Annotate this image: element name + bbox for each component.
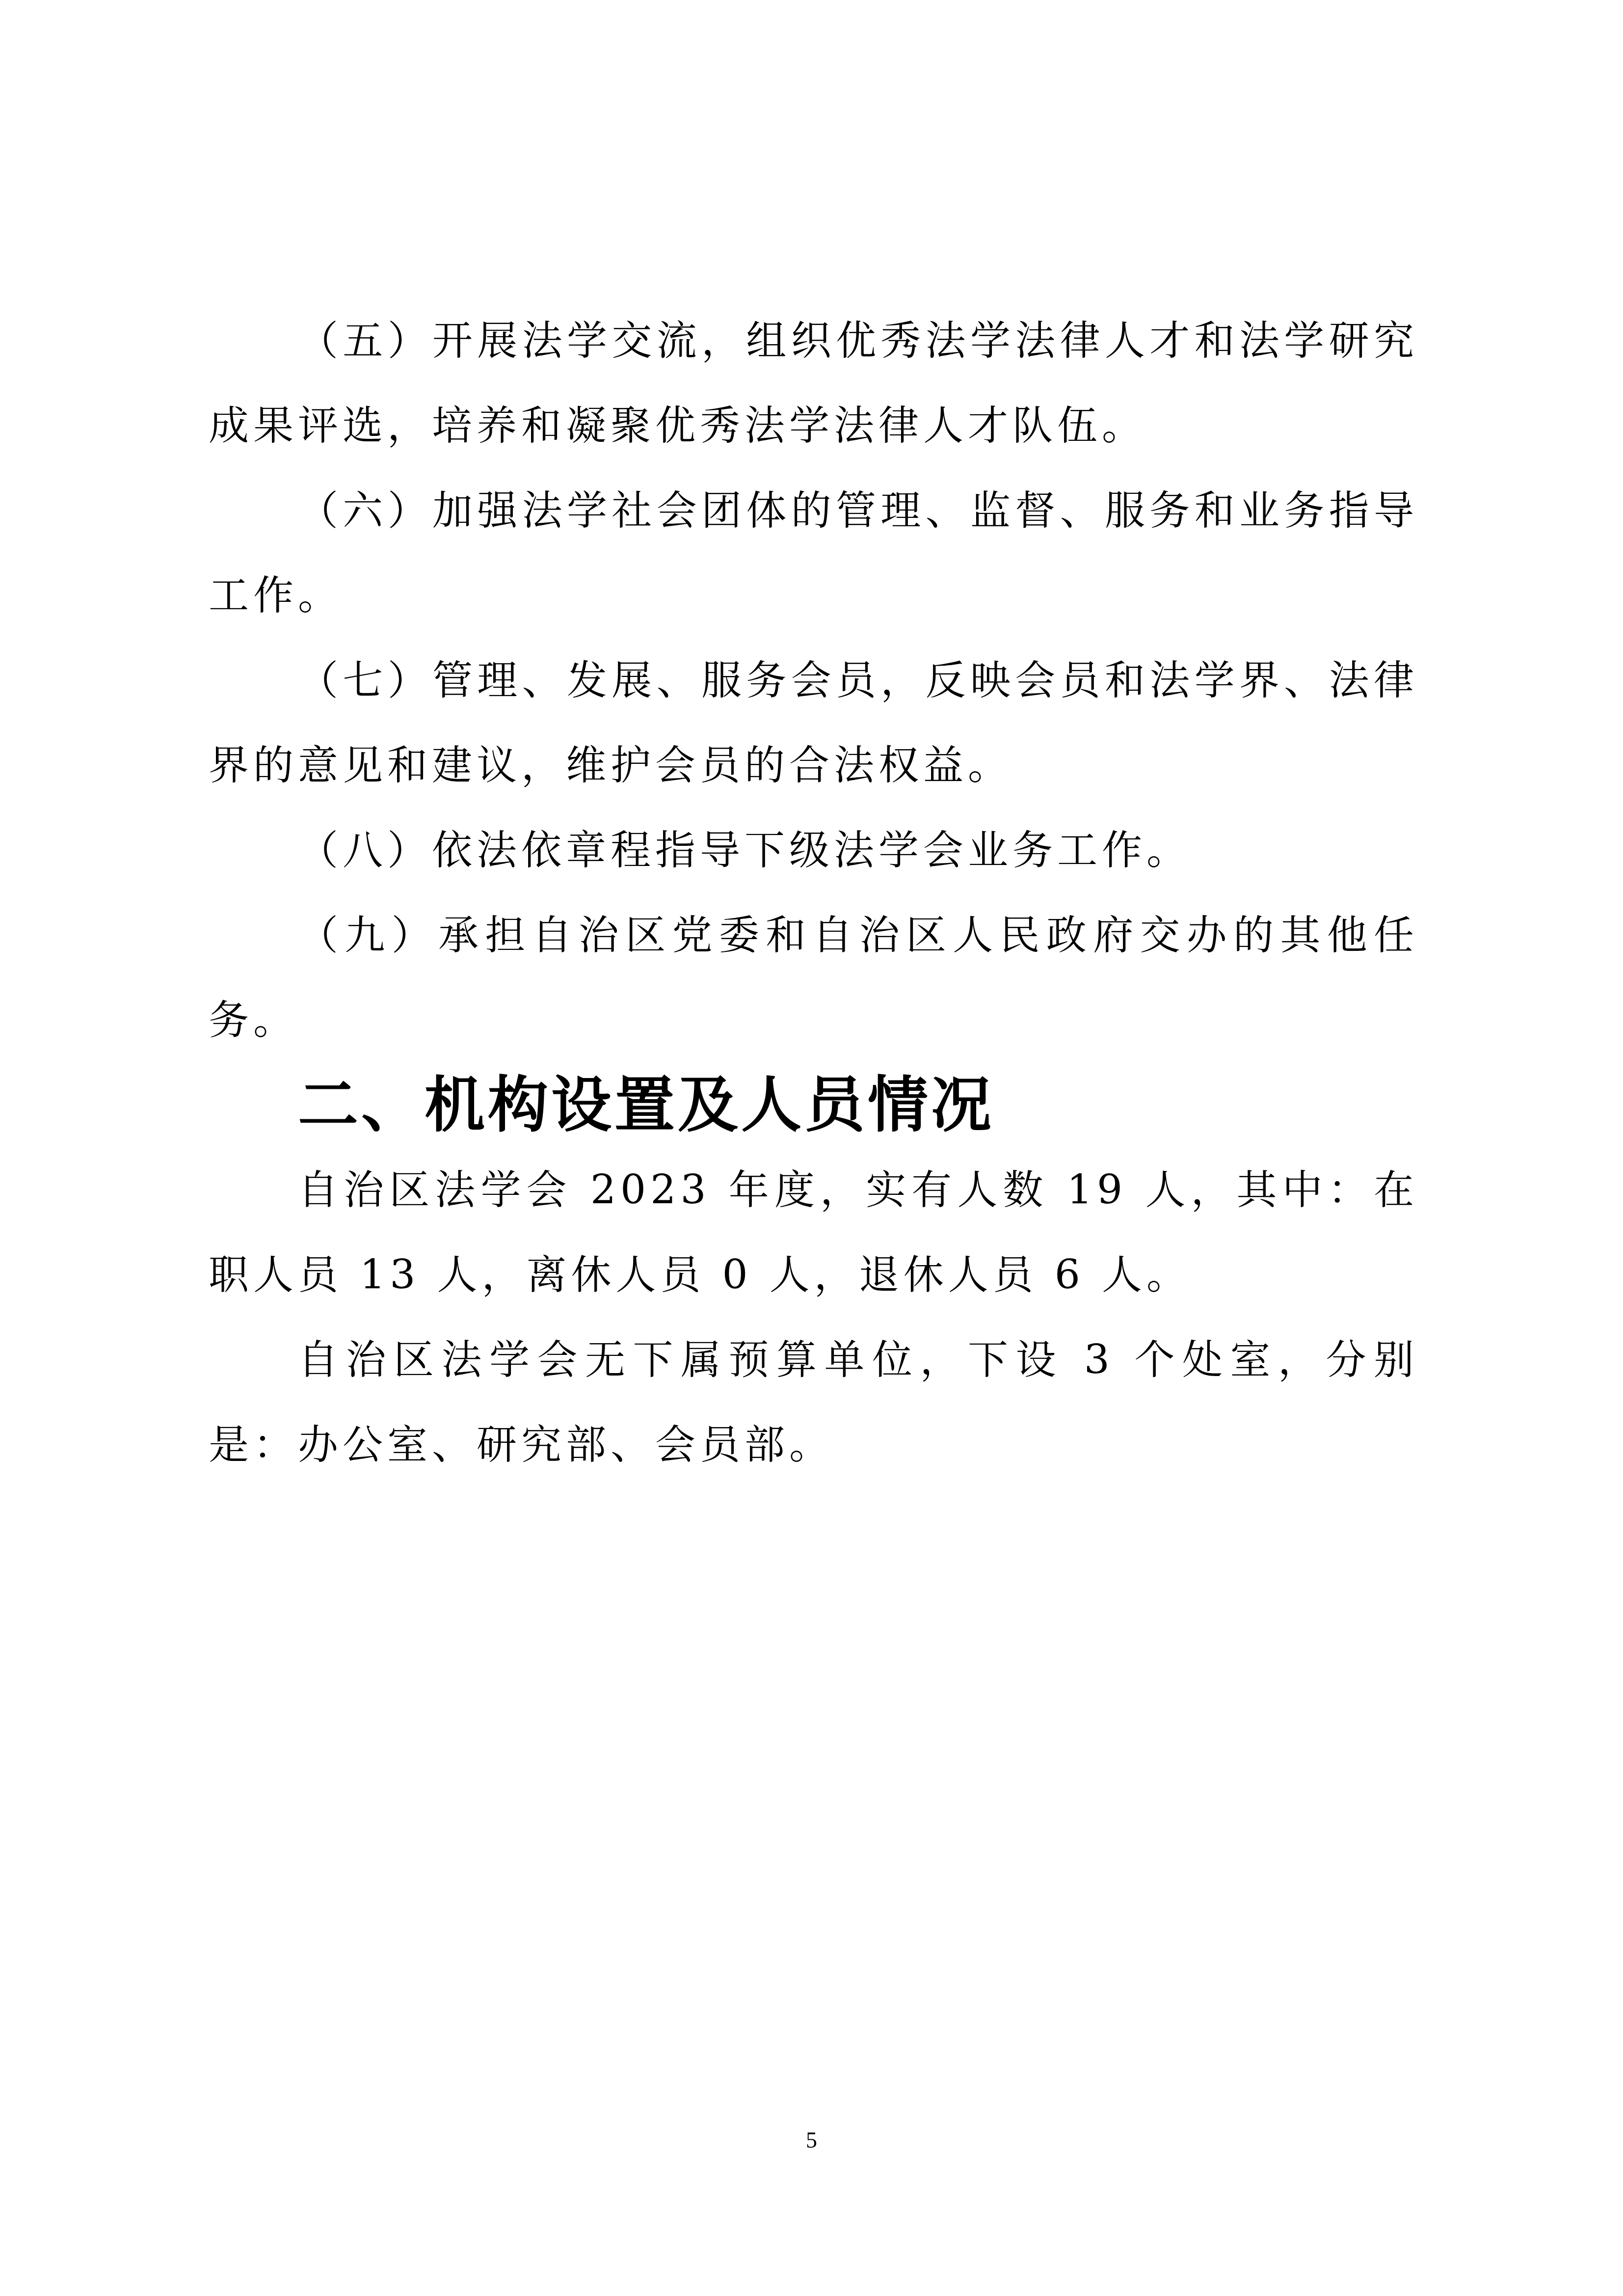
document-page: （五）开展法学交流，组织优秀法学法律人才和法学研究成果评选，培养和凝聚优秀法学法… (0, 0, 1623, 2296)
paragraph-departments: 自治区法学会无下属预算单位，下设 3 个处室，分别是：办公室、研究部、会员部。 (209, 1318, 1418, 1487)
paragraph-item-5: （五）开展法学交流，组织优秀法学法律人才和法学研究成果评选，培养和凝聚优秀法学法… (209, 298, 1418, 468)
paragraph-staffing: 自治区法学会 2023 年度，实有人数 19 人，其中：在职人员 13 人，离休… (209, 1148, 1418, 1318)
section-heading: 二、机构设置及人员情况 (209, 1063, 1418, 1148)
page-body: （五）开展法学交流，组织优秀法学法律人才和法学研究成果评选，培养和凝聚优秀法学法… (209, 298, 1418, 1487)
paragraph-item-8: （八）依法依章程指导下级法学会业务工作。 (209, 808, 1418, 893)
paragraph-item-9: （九）承担自治区党委和自治区人民政府交办的其他任务。 (209, 893, 1418, 1063)
paragraph-item-6: （六）加强法学社会团体的管理、监督、服务和业务指导工作。 (209, 468, 1418, 638)
paragraph-item-7: （七）管理、发展、服务会员，反映会员和法学界、法律界的意见和建议，维护会员的合法… (209, 638, 1418, 808)
page-number: 5 (0, 2126, 1623, 2155)
